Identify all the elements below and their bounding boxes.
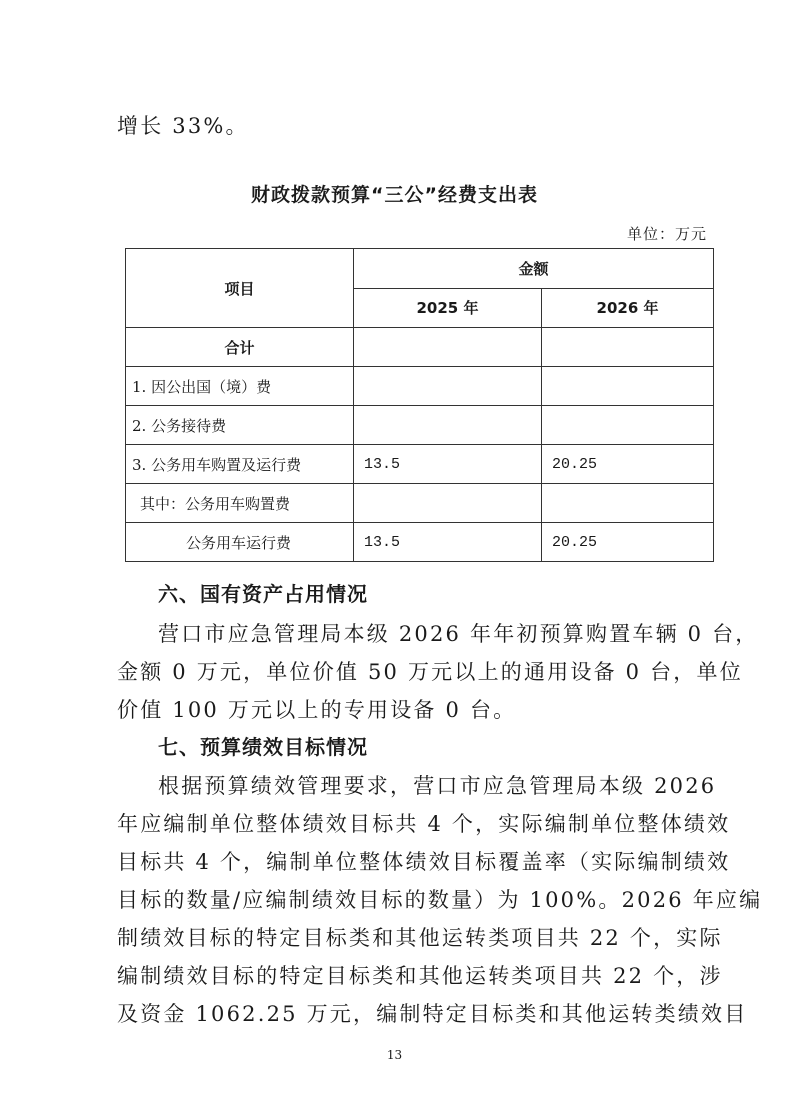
row-label: 2. 公务接待费 <box>126 406 354 445</box>
section7-line-7: 及资金 1062.25 万元，编制特定目标类和其他运转类绩效目 <box>117 998 747 1028</box>
cell-2026 <box>542 484 714 523</box>
cell-2026 <box>542 367 714 406</box>
section6-line-3: 价值 100 万元以上的专用设备 0 台。 <box>117 694 516 724</box>
header-amount: 金额 <box>354 249 714 289</box>
table-row: 2. 公务接待费 <box>126 406 714 445</box>
row-label: 合计 <box>126 328 354 367</box>
section7-line-4: 目标的数量/应编制绩效目标的数量）为 100%。2026 年应编 <box>117 884 762 914</box>
table-row: 合计 <box>126 328 714 367</box>
cell-2026: 20.25 <box>542 523 714 562</box>
section7-line-6: 编制绩效目标的特定目标类和其他运转类项目共 22 个，涉 <box>117 960 723 990</box>
cell-2025: 13.5 <box>354 445 542 484</box>
unit-label: 单位：万元 <box>627 223 707 244</box>
cell-2026 <box>542 328 714 367</box>
table-row: 1. 因公出国（境）费 <box>126 367 714 406</box>
table-row: 其中：公务用车购置费 <box>126 484 714 523</box>
cell-2025 <box>354 484 542 523</box>
three-public-expenses-table: 项目 金额 2025 年 2026 年 合计 1. 因公出国（境）费 2. 公务… <box>125 248 714 562</box>
section6-heading: 六、国有资产占用情况 <box>158 578 368 607</box>
cell-2026 <box>542 406 714 445</box>
cell-2025: 13.5 <box>354 523 542 562</box>
row-label: 其中：公务用车购置费 <box>126 484 354 523</box>
header-item: 项目 <box>126 249 354 328</box>
section6-line-2: 金额 0 万元，单位价值 50 万元以上的通用设备 0 台，单位 <box>117 656 743 686</box>
table-title: 财政拨款预算“三公”经费支出表 <box>0 180 789 207</box>
section7-line-3: 目标共 4 个，编制单位整体绩效目标覆盖率（实际编制绩效 <box>117 846 730 876</box>
section7-line-5: 制绩效目标的特定目标类和其他运转类项目共 22 个，实际 <box>117 922 723 952</box>
row-label: 1. 因公出国（境）费 <box>126 367 354 406</box>
section7-line-2: 年应编制单位整体绩效目标共 4 个，实际编制单位整体绩效 <box>117 808 730 838</box>
row-label: 3. 公务用车购置及运行费 <box>126 445 354 484</box>
section6-line-1: 营口市应急管理局本级 2026 年年初预算购置车辆 0 台， <box>158 618 759 648</box>
continued-paragraph: 增长 33%。 <box>117 110 249 140</box>
page-number: 13 <box>0 1048 789 1062</box>
section7-heading: 七、预算绩效目标情况 <box>158 731 368 760</box>
cell-2025 <box>354 328 542 367</box>
table-row: 公务用车运行费 13.5 20.25 <box>126 523 714 562</box>
cell-2026: 20.25 <box>542 445 714 484</box>
table-row: 3. 公务用车购置及运行费 13.5 20.25 <box>126 445 714 484</box>
section7-line-1: 根据预算绩效管理要求，营口市应急管理局本级 2026 <box>158 770 716 800</box>
header-year-2025: 2025 年 <box>354 288 542 328</box>
header-year-2026: 2026 年 <box>542 288 714 328</box>
cell-2025 <box>354 406 542 445</box>
row-label: 公务用车运行费 <box>126 523 354 562</box>
cell-2025 <box>354 367 542 406</box>
